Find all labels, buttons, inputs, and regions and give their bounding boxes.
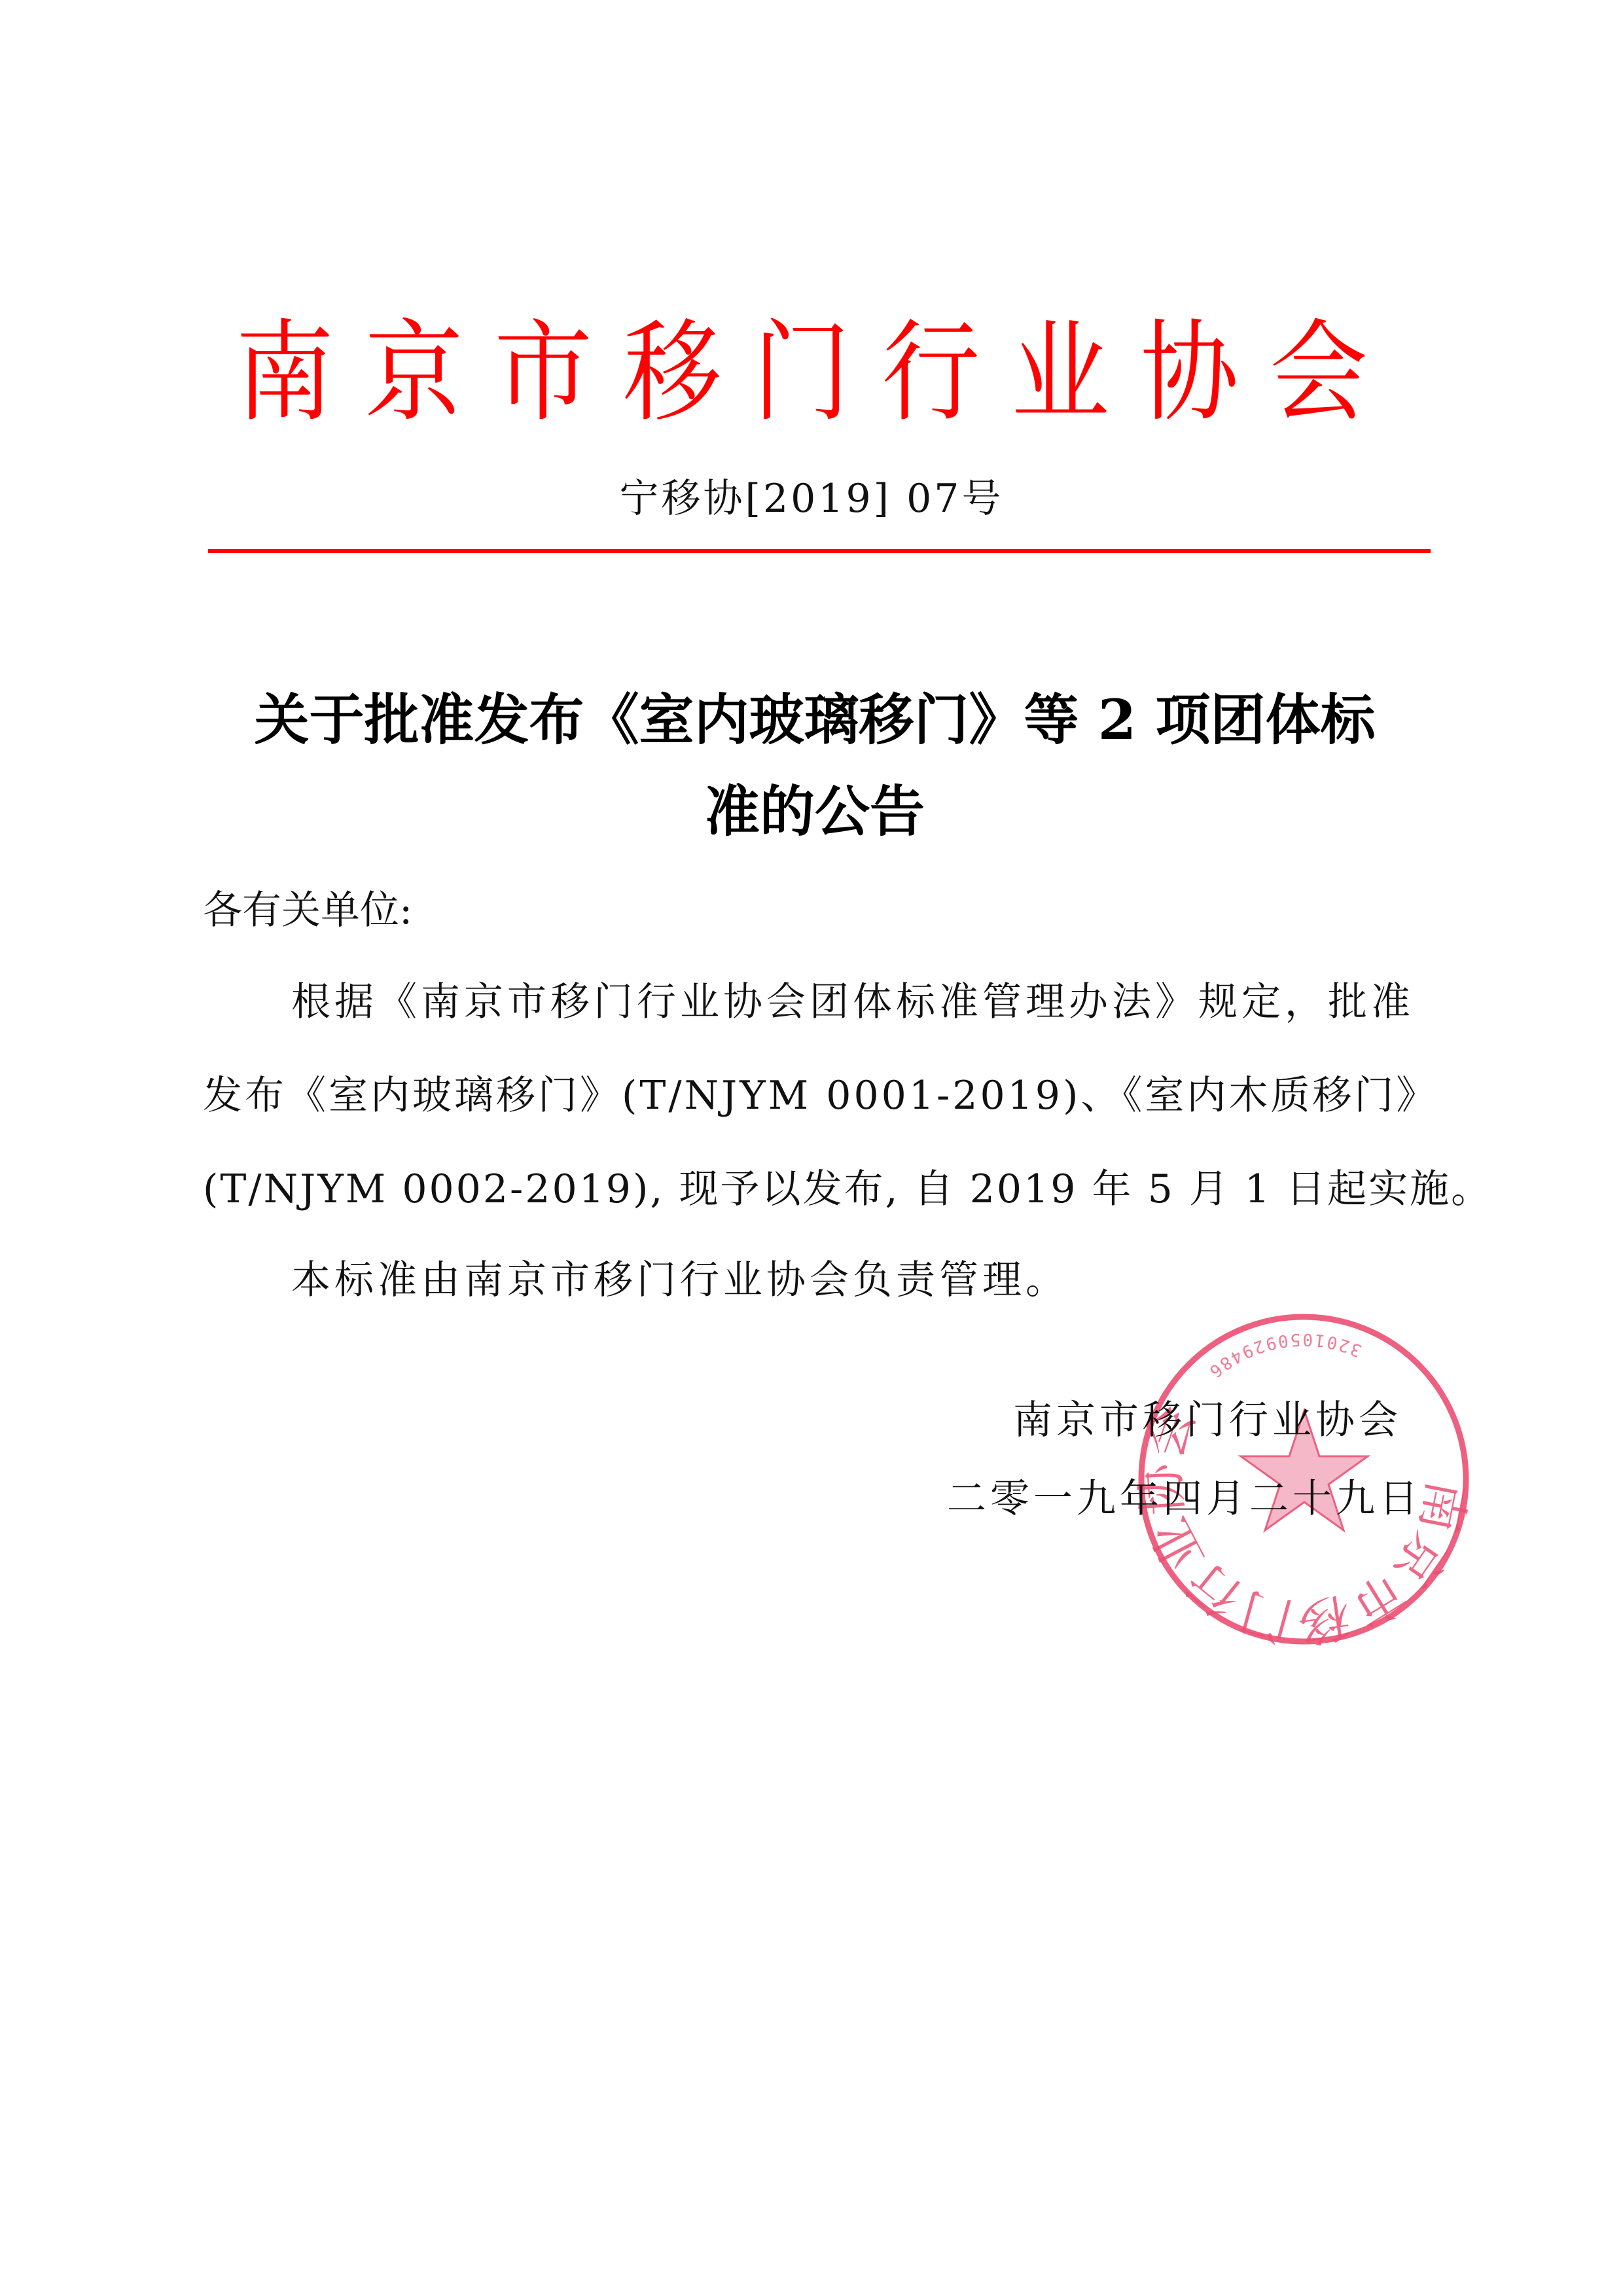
masthead-char: 市	[481, 318, 605, 428]
paragraph-1-line-3: (T/NJYM 0002-2019), 现予以发布, 自 2019 年 5 月 …	[203, 1143, 1427, 1236]
masthead-char: 协	[1128, 318, 1252, 428]
signature-date: 二零一九年四月二十九日	[947, 1466, 1422, 1532]
masthead-char: 门	[740, 318, 864, 428]
masthead-char: 移	[611, 318, 735, 428]
red-divider	[208, 549, 1431, 553]
masthead-char: 会	[1257, 318, 1381, 428]
document-number: 宁移协[2019] 07号	[0, 473, 1623, 525]
salutation: 各有关单位:	[203, 864, 1427, 958]
masthead: 南 京 市 移 门 行 业 协 会	[223, 308, 1381, 439]
masthead-char: 南	[223, 318, 347, 428]
title-line-2: 准的公告	[203, 766, 1427, 857]
masthead-char: 行	[869, 318, 993, 428]
signature-organization: 南京市移门行业协会	[1013, 1388, 1402, 1453]
document-title: 关于批准发布《室内玻璃移门》等 2 项团体标 准的公告	[203, 674, 1427, 857]
paragraph-1-line-2: 发布《室内玻璃移门》(T/NJYM 0001-2019)、《室内木质移门》	[203, 1049, 1427, 1143]
paragraph-1-line-1: 根据《南京市移门行业协会团体标准管理办法》规定，批准	[291, 956, 1515, 1049]
masthead-char: 京	[352, 318, 476, 428]
title-line-1: 关于批准发布《室内玻璃移门》等 2 项团体标	[203, 674, 1427, 766]
masthead-char: 业	[998, 318, 1122, 428]
